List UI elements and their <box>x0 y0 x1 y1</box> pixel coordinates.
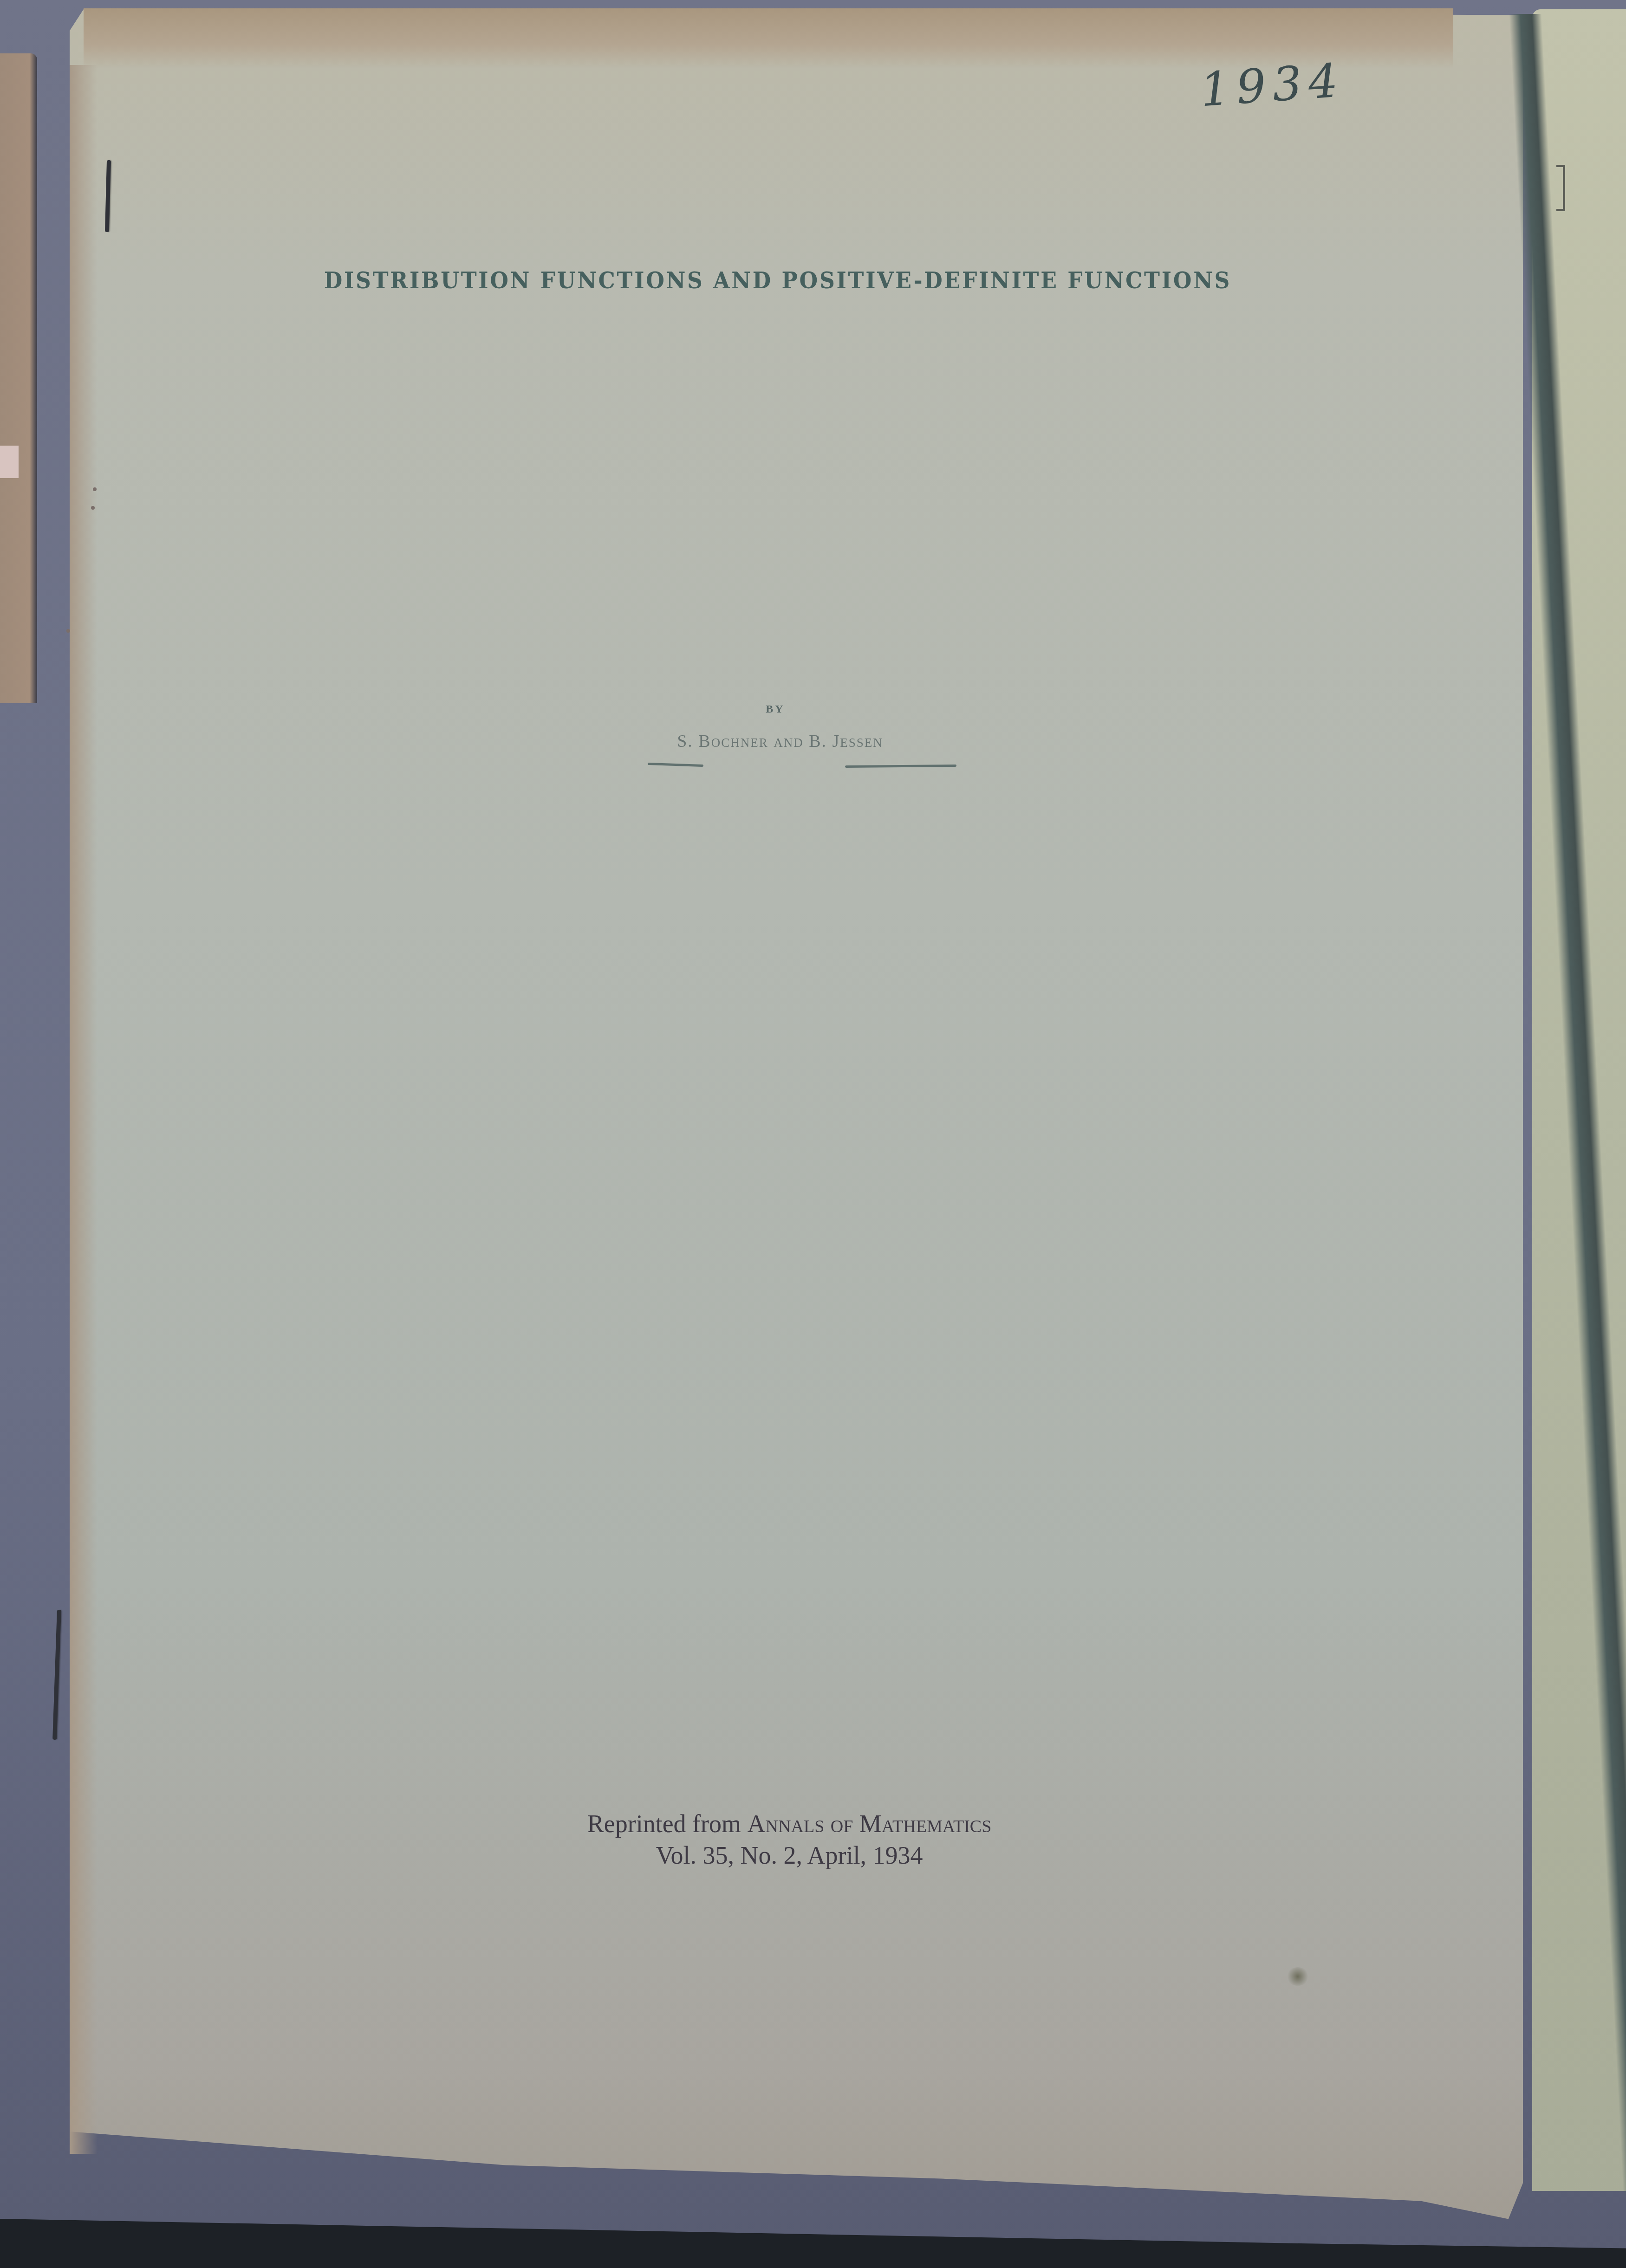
reprint-source-line: Reprinted from Annals of Mathematics <box>488 1808 1091 1840</box>
reprint-notice: Reprinted from Annals of Mathematics Vol… <box>488 1808 1091 1871</box>
left-neighbor-page-edge <box>0 446 19 478</box>
left-neighbor-booklet <box>0 53 37 703</box>
paper-smudge <box>1286 1967 1309 1986</box>
cover-left-edge <box>70 65 98 2154</box>
paper-speck <box>66 629 70 633</box>
journal-name: Annals of Mathematics <box>748 1810 992 1838</box>
paper-title: DISTRIBUTION FUNCTIONS AND POSITIVE-DEFI… <box>309 267 1246 294</box>
reprint-prefix: Reprinted from <box>587 1810 748 1838</box>
paper-speck <box>93 487 97 491</box>
booklet-cover <box>70 8 1523 2250</box>
volume-issue-date: Vol. 35, No. 2, April, 1934 <box>488 1840 1091 1871</box>
authors: S. Bochner and B. Jessen <box>604 731 956 752</box>
right-booklet-staple-icon <box>1556 165 1565 211</box>
paper-speck <box>91 506 95 510</box>
handwritten-year-annotation: 1934 <box>1198 53 1341 117</box>
by-label: BY <box>734 703 817 716</box>
